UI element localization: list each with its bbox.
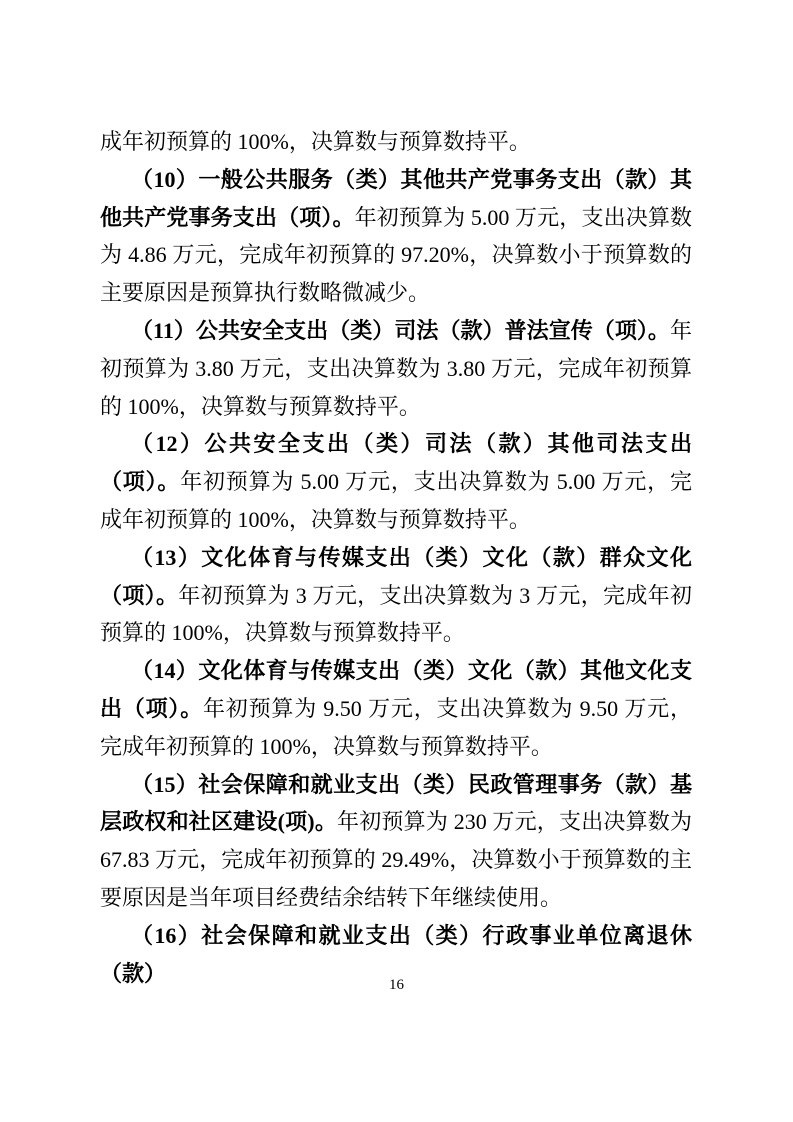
page-number: 16 [0,976,793,994]
document-page: 成年初预算的 100%，决算数与预算数持平。 （10）一般公共服务（类）其他共产… [0,0,793,1122]
paragraph-continuation: 成年初预算的 100%，决算数与预算数持平。 [100,123,692,161]
item-12-body: 年初预算为 5.00 万元，支出决算数为 5.00 万元，完成年初预算的 100… [100,469,692,532]
paragraph-item-12: （12）公共安全支出（类）司法（款）其他司法支出（项）。年初预算为 5.00 万… [100,425,692,538]
paragraph-continuation-text: 成年初预算的 100%，决算数与预算数持平。 [100,129,531,154]
document-body-text: 成年初预算的 100%，决算数与预算数持平。 （10）一般公共服务（类）其他共产… [100,123,692,992]
paragraph-item-11: （11）公共安全支出（类）司法（款）普法宣传（项）。年初预算为 3.80 万元，… [100,312,692,425]
paragraph-item-15: （15）社会保障和就业支出（类）民政管理事务（款）基层政权和社区建设(项)。年初… [100,766,692,917]
paragraph-item-10: （10）一般公共服务（类）其他共产党事务支出（款）其他共产党事务支出（项）。年初… [100,161,692,312]
item-11-heading: （11）公共安全支出（类）司法（款）普法宣传（项）。 [131,318,670,343]
paragraph-item-14: （14）文化体育与传媒支出（类）文化（款）其他文化支出（项）。年初预算为 9.5… [100,652,692,765]
paragraph-item-13: （13）文化体育与传媒支出（类）文化（款）群众文化（项）。年初预算为 3 万元，… [100,539,692,652]
item-13-body: 年初预算为 3 万元，支出决算数为 3 万元，完成年初预算的 100%，决算数与… [100,583,692,646]
